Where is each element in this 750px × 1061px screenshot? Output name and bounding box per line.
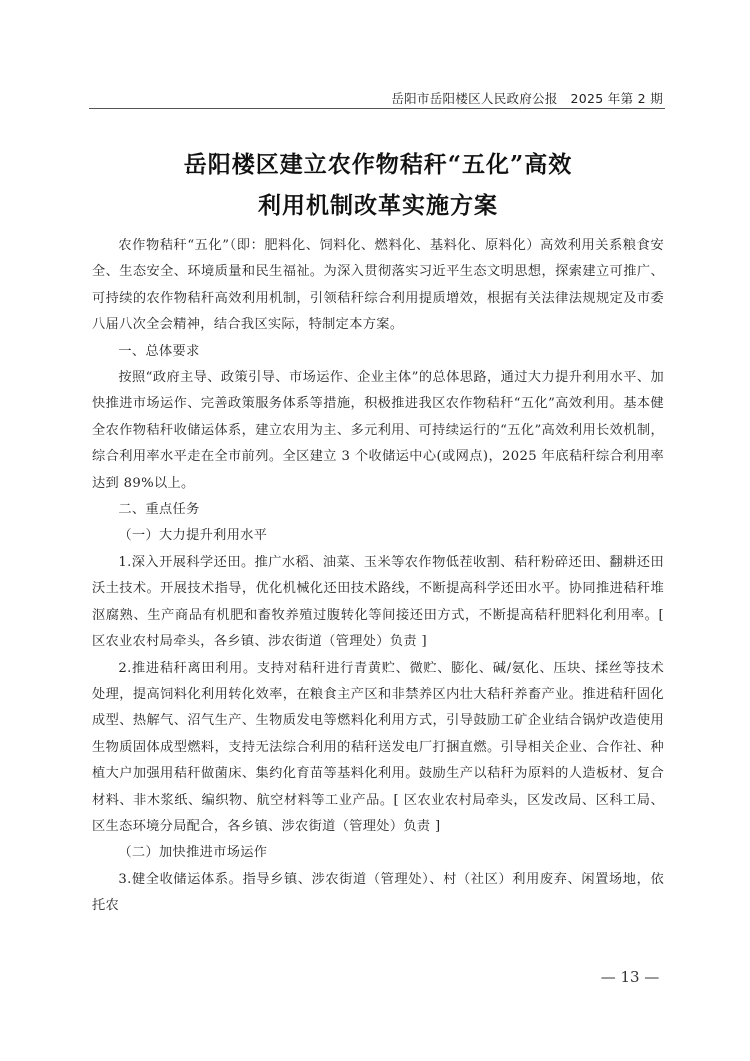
intro-paragraph: 农作物秸秆“五化”（即：肥料化、饲料化、燃料化、基料化、原料化）高效利用关系粮食… [92, 233, 664, 339]
document-body: 农作物秸秆“五化”（即：肥料化、饲料化、燃料化、基料化、原料化）高效利用关系粮食… [92, 233, 664, 920]
section-heading-key-tasks: 二、重点任务 [92, 497, 664, 523]
page-number: — 13 — [590, 968, 670, 986]
general-requirements-paragraph: 按照“政府主导、政策引导、市场运作、企业主体”的总体思路，通过大力提升利用水平、… [92, 365, 664, 497]
task-1-paragraph: 1.深入开展科学还田。推广水稻、油菜、玉米等农作物低茬收割、秸秆粉碎还田、翻耕还… [92, 550, 664, 656]
section-heading-general-requirements: 一、总体要求 [92, 339, 664, 365]
task-3-paragraph: 3.健全收储运体系。指导乡镇、涉农街道（管理处）、村（社区）利用废弃、闲置场地，… [92, 867, 664, 920]
document-title-line-1: 岳阳楼区建立农作物秸秆“五化”高效 [92, 146, 664, 179]
subsection-heading-2: （二）加快推进市场运作 [92, 840, 664, 866]
header-divider [89, 108, 665, 109]
task-2-paragraph: 2.推进秸秆离田利用。支持对秸秆进行青黄贮、微贮、膨化、碱/氨化、压块、揉丝等技… [92, 656, 664, 841]
subsection-heading-1: （一）大力提升利用水平 [92, 523, 664, 549]
publication-header: 岳阳市岳阳楼区人民政府公报 2025 年第 2 期 [355, 89, 663, 107]
document-title-line-2: 利用机制改革实施方案 [92, 187, 664, 220]
